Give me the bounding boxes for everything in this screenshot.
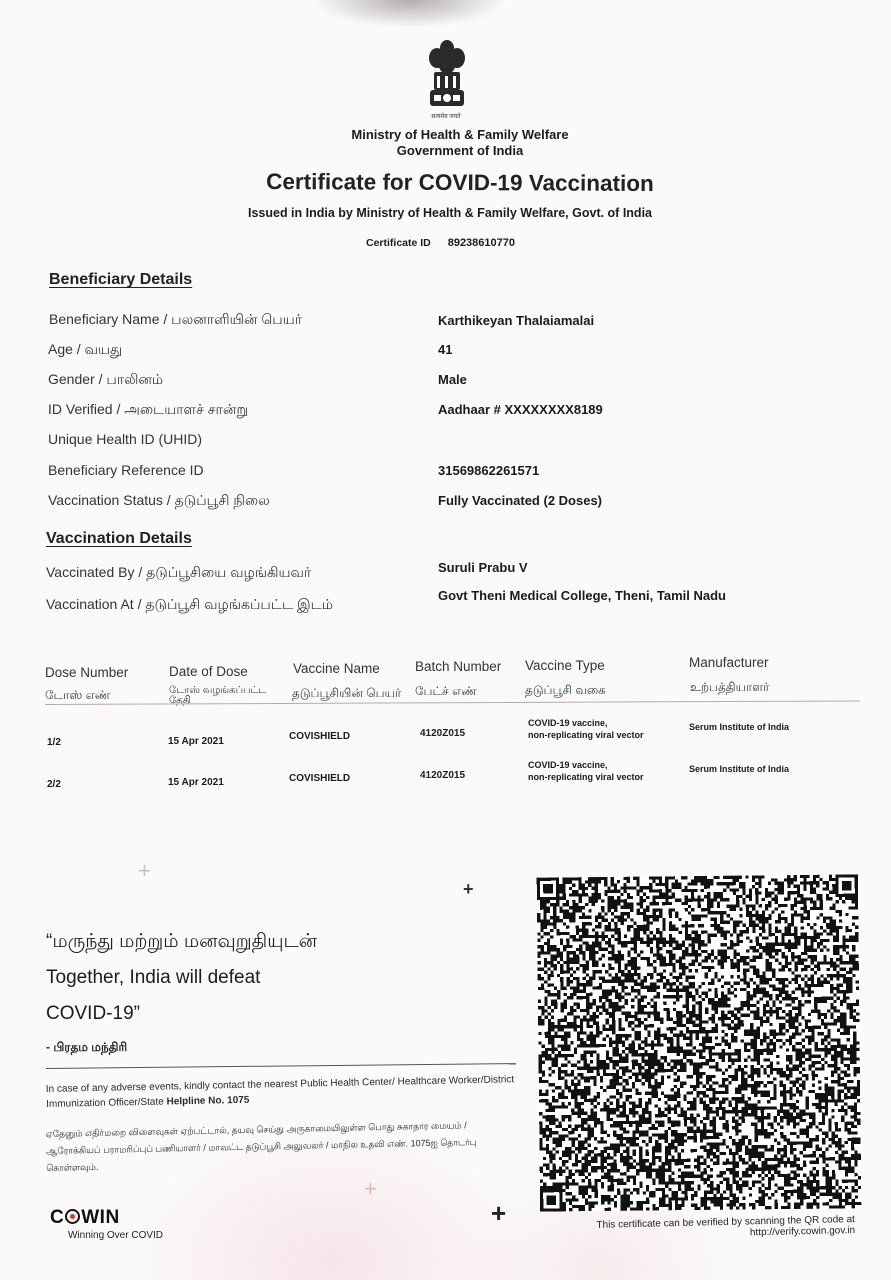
- vaccine-name: COVISHIELD: [289, 773, 350, 784]
- vaccinated-by-label: Vaccinated By / தடுப்பூசியை வழங்கியவர்: [46, 564, 311, 583]
- col-batch-number-ta: பேட்ச் எண்: [415, 684, 477, 700]
- vaccine-type-line1: COVID-19 vaccine,: [528, 717, 644, 729]
- col-vaccine-name-ta: தடுப்பூசியின் பெயர்: [292, 686, 401, 702]
- table-divider: [45, 700, 860, 705]
- adverse-events-notice: In case of any adverse events, kindly co…: [46, 1072, 517, 1112]
- vaccine-type-line1: COVID-19 vaccine,: [528, 759, 644, 771]
- col-vaccine-type-ta: தடுப்பூசி வகை: [525, 683, 606, 699]
- plus-icon: +: [364, 1178, 377, 1200]
- col-manufacturer: Manufacturer: [689, 655, 769, 670]
- col-date-of-dose: Date of Dose: [169, 664, 248, 679]
- gender-value: Male: [438, 372, 467, 387]
- col-vaccine-type: Vaccine Type: [525, 658, 605, 673]
- qr-code-icon[interactable]: [536, 874, 861, 1211]
- certificate-id: Certificate ID 89238610770: [366, 237, 515, 249]
- certificate-id-value: 89238610770: [448, 237, 515, 249]
- reference-id-label: Beneficiary Reference ID: [48, 462, 204, 478]
- manufacturer: Serum Institute of India: [689, 721, 789, 733]
- plus-icon: +: [138, 860, 151, 882]
- batch-number: 4120Z015: [420, 728, 465, 739]
- batch-number: 4120Z015: [420, 770, 465, 781]
- vaccination-status-label: Vaccination Status / தடுப்பூசி நிலை: [48, 492, 270, 511]
- cowin-logo-c: C: [50, 1207, 64, 1228]
- government-line: Government of India: [300, 143, 620, 159]
- adverse-text-en: In case of any adverse events, kindly co…: [46, 1074, 515, 1110]
- emblem-motto: सत्यमेव जयते: [416, 112, 476, 120]
- dose-date: 15 Apr 2021: [168, 736, 224, 747]
- cowin-logo-rest: WIN: [81, 1207, 119, 1228]
- gender-label: Gender / பாலினம்: [48, 371, 163, 390]
- issued-by: Issued in India by Ministry of Health & …: [150, 206, 750, 220]
- quote-line-en2: COVID-19”: [46, 996, 526, 1032]
- beneficiary-name-label: Beneficiary Name / பலனாளியின் பெயர்: [49, 311, 302, 330]
- manufacturer: Serum Institute of India: [689, 763, 789, 775]
- certificate-id-label: Certificate ID: [366, 237, 431, 249]
- quote-line-ta: “மருந்து மற்றும் மனவுறுதியுடன்: [46, 924, 526, 960]
- ministry-line: Ministry of Health & Family Welfare: [300, 127, 620, 143]
- col-dose-number-ta: டோஸ் எண்: [45, 688, 110, 704]
- dose-number: 1/2: [47, 737, 61, 748]
- quote-line-en: Together, India will defeat: [46, 960, 526, 996]
- dose-date: 15 Apr 2021: [168, 777, 224, 788]
- id-verified-value: Aadhaar # XXXXXXXX8189: [438, 402, 603, 417]
- id-verified-label: ID Verified / அடையாளச் சான்று: [48, 401, 248, 420]
- col-manufacturer-ta: உற்பத்தியாளர்: [690, 680, 769, 696]
- age-label: Age / வயது: [48, 341, 122, 360]
- vaccination-heading: Vaccination Details: [46, 530, 192, 548]
- plus-icon: +: [463, 880, 474, 898]
- helpline-number: Helpline No. 1075: [166, 1095, 249, 1108]
- reference-id-value: 31569862261571: [438, 463, 539, 478]
- cowin-tagline: Winning Over COVID: [68, 1230, 163, 1241]
- vaccine-type: COVID-19 vaccine, non-replicating viral …: [528, 759, 644, 783]
- cowin-logo: CWIN: [50, 1207, 120, 1229]
- vaccine-type-line2: non-replicating viral vector: [528, 771, 644, 783]
- beneficiary-name-value: Karthikeyan Thalaiamalai: [438, 313, 594, 328]
- quote-attribution: - பிரதம மந்திரி: [46, 1040, 127, 1056]
- vaccinated-by-value: Suruli Prabu V: [438, 560, 528, 575]
- vaccination-at-value: Govt Theni Medical College, Theni, Tamil…: [438, 588, 726, 603]
- col-dose-number: Dose Number: [45, 665, 128, 680]
- adverse-events-notice-ta: ஏதேனும் எதிர்மறை விளைவுகள் ஏற்பட்டால், த…: [45, 1116, 516, 1177]
- vaccine-type-line2: non-replicating viral vector: [528, 729, 644, 741]
- col-vaccine-name: Vaccine Name: [293, 661, 380, 676]
- plus-icon: +: [491, 1200, 506, 1226]
- certificate-page: सत्यमेव जयते Ministry of Health & Family…: [0, 0, 891, 1280]
- pm-quote: “மருந்து மற்றும் மனவுறுதியுடன் Together,…: [46, 924, 526, 1032]
- uhid-label: Unique Health ID (UHID): [48, 431, 202, 447]
- beneficiary-heading: Beneficiary Details: [49, 271, 192, 289]
- dose-number: 2/2: [47, 779, 61, 790]
- certificate-title: Certificate for COVID-19 Vaccination: [150, 168, 770, 197]
- national-emblem-icon: [424, 38, 470, 122]
- vaccine-name: COVISHIELD: [289, 731, 350, 742]
- cowin-o-icon: [65, 1209, 80, 1224]
- vaccination-at-label: Vaccination At / தடுப்பூசி வழங்கப்பட்ட இ…: [46, 596, 333, 615]
- age-value: 41: [438, 342, 452, 357]
- verify-notice: This certificate can be verified by scan…: [560, 1214, 855, 1243]
- col-batch-number: Batch Number: [415, 659, 501, 674]
- vaccination-status-value: Fully Vaccinated (2 Doses): [438, 493, 602, 508]
- ministry-name: Ministry of Health & Family Welfare Gove…: [300, 127, 620, 159]
- quote-divider: [46, 1063, 516, 1069]
- vaccine-type: COVID-19 vaccine, non-replicating viral …: [528, 717, 644, 741]
